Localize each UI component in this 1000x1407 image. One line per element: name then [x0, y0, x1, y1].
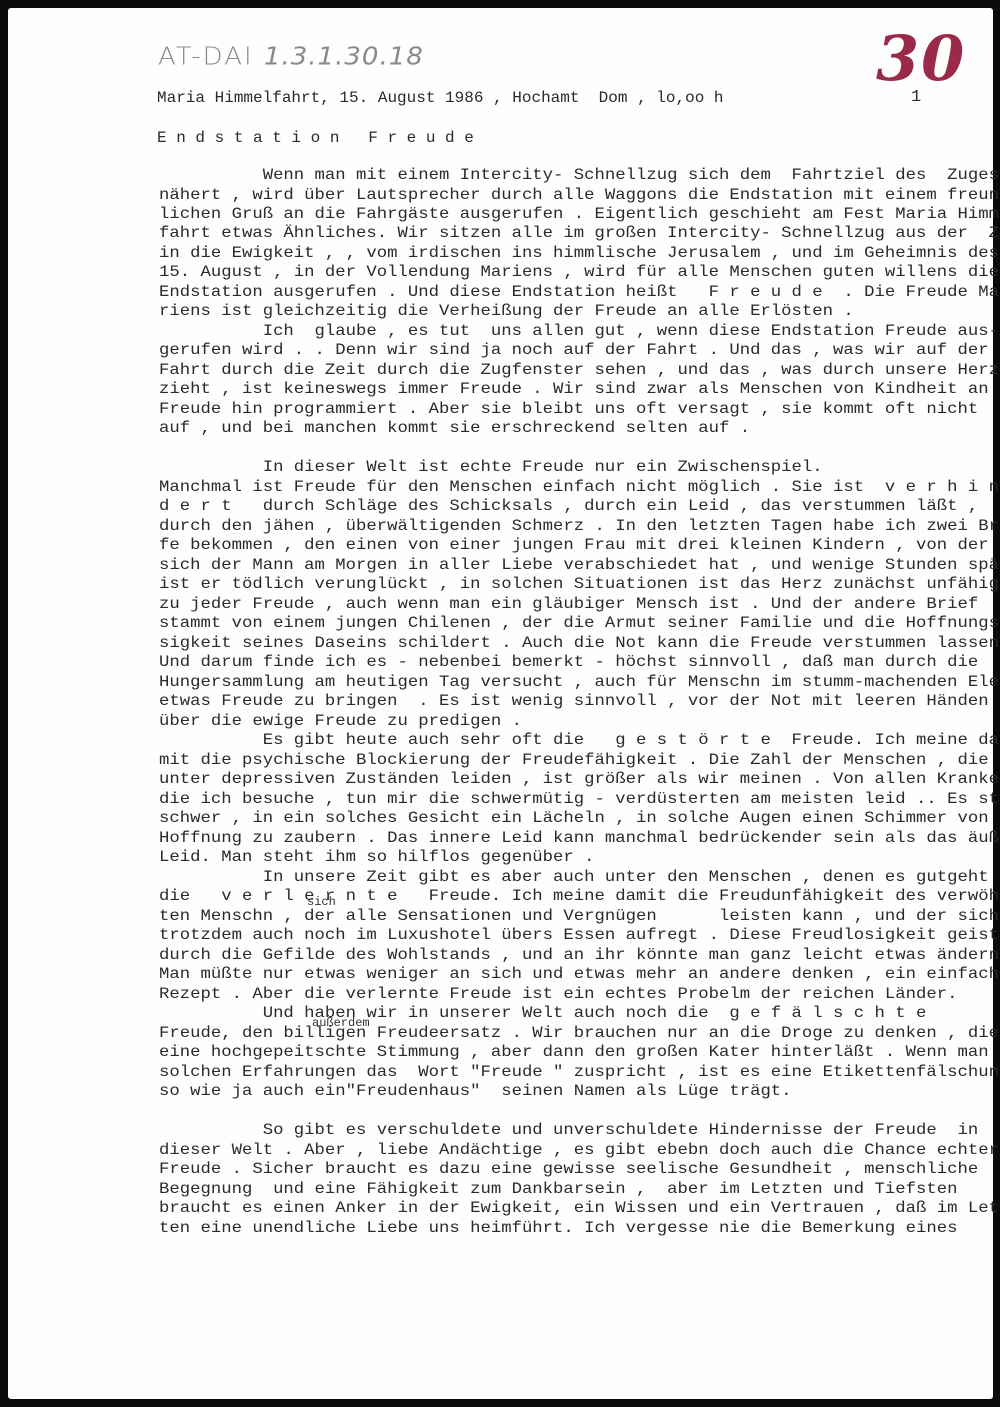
text-line: eine hochgepeitschte Stimmung , aber dan… — [159, 1043, 989, 1063]
text-line: Und haben wir in unserer Welt auch noch … — [159, 1004, 926, 1024]
text-line: sigkeit seines Daseins schildert . Auch … — [159, 634, 1000, 654]
text-line: fe bekommen , den einen von einer jungen… — [159, 536, 989, 556]
text-line: Man müßte nur etwas weniger an sich und … — [159, 965, 1000, 985]
text-line: Hoffnung zu zaubern . Das innere Leid ka… — [159, 829, 1000, 849]
text-line: Leid. Man steht ihm so hilflos gegenüber… — [159, 848, 595, 868]
text-line: Begegnung und eine Fähigkeit zum Dankbar… — [159, 1180, 957, 1200]
text-line: in die Ewigkeit , , vom irdischen ins hi… — [159, 244, 999, 264]
text-line: In dieser Welt ist echte Freude nur ein … — [159, 458, 823, 478]
text-line: sich der Mann am Morgen in aller Liebe v… — [159, 556, 1000, 576]
text-line: lichen Gruß an die Fahrgäste ausgerufen … — [159, 205, 1000, 225]
text-line: d e r t durch Schläge des Schicksals , d… — [159, 497, 978, 517]
text-line: solchen Erfahrungen das Wort "Freude " z… — [159, 1063, 1000, 1083]
text-line: zu jeder Freude , auch wenn man ein gläu… — [159, 595, 978, 615]
text-line: ist er tödlich verunglückt , in solchen … — [159, 575, 999, 595]
text-line: Wenn man mit einem Intercity- Schnellzug… — [159, 166, 999, 186]
handwritten-insertion-ausserdem: außerdem — [312, 1014, 370, 1034]
text-line: etwas Freude zu bringen . Es ist wenig s… — [159, 692, 989, 712]
text-line: Freude hin programmiert . Aber sie bleib… — [159, 400, 978, 420]
text-line: Rezept . Aber die verlernte Freude ist e… — [159, 985, 957, 1005]
text-line: durch den jähen , überwältigenden Schmer… — [159, 517, 1000, 537]
text-line: ten eine unendliche Liebe uns heimführt.… — [159, 1219, 957, 1239]
archive-signature-prefix: AT-DAI — [158, 43, 254, 72]
typed-text: Maria Himmelfahrt, 15. August 1986 , Hoc… — [0, 0, 19, 156]
text-line: braucht es einen Anker in der Ewigkeit, … — [159, 1199, 1000, 1219]
text-line: So gibt es verschuldete und unverschulde… — [159, 1121, 978, 1141]
archive-signature: AT-DAI 1.3.1.30.18 — [158, 43, 424, 72]
sermon-title: E n d s t a t i o n F r e u d e — [157, 129, 474, 149]
text-line: über die ewige Freude zu predigen . — [159, 712, 522, 732]
text-line: Hungersammlung am heutigen Tag versucht … — [159, 673, 1000, 693]
text-line: dieser Welt . Aber , liebe Andächtige , … — [159, 1141, 999, 1161]
text-line: unter depressiven Zuständen leiden , ist… — [159, 770, 1000, 790]
archive-signature-number: 1.3.1.30.18 — [264, 43, 424, 72]
heading: Maria Himmelfahrt, 15. August 1986 , Hoc… — [157, 89, 724, 109]
folio-number: 30 — [876, 22, 966, 95]
text-line: Freude, den billigen Freudeersatz . Wir … — [159, 1024, 999, 1044]
text-line: 15. August , in der Vollendung Mariens ,… — [159, 263, 999, 283]
text-line: fahrt etwas Ähnliches. Wir sitzen alle i… — [159, 224, 1000, 244]
text-line: Es gibt heute auch sehr oft die g e s t … — [159, 731, 1000, 751]
text-line: auf , und bei manchen kommt sie erschrec… — [159, 419, 750, 439]
text-line: zieht , ist keineswegs immer Freude . Wi… — [159, 380, 1000, 400]
text-line: stammt von einem jungen Chilenen , der d… — [159, 614, 1000, 634]
text-line: nähert , wird über Lautsprecher durch al… — [159, 186, 1000, 206]
text-line: Endstation ausgerufen . Und diese Endsta… — [159, 283, 1000, 303]
text-line: so wie ja auch ein"Freudenhaus" seinen N… — [159, 1082, 792, 1102]
text-line: mit die psychische Blockierung der Freud… — [159, 751, 989, 771]
text-line: Freude . Sicher braucht es dazu eine gew… — [159, 1160, 978, 1180]
text-line: Fahrt durch die Zeit durch die Zugfenste… — [159, 361, 1000, 381]
text-line: riens ist gleichzeitig die Verheißung de… — [159, 302, 854, 322]
text-line: Ich glaube , es tut uns allen gut , wenn… — [159, 322, 999, 342]
text-line: die v e r l e r n t e Freude. Ich meine … — [159, 887, 1000, 907]
text-line: trotzdem auch noch im Luxushotel übers E… — [159, 926, 1000, 946]
text-line: die ich besuche , tun mir die schwermüti… — [159, 790, 1000, 810]
handwritten-insertion-sich: sich — [307, 893, 336, 913]
text-line: Und darum finde ich es - nebenbei bemerk… — [159, 653, 978, 673]
text-line: durch die Gefilde des Wohlstands , und a… — [159, 946, 1000, 966]
text-line: ten Menschn , der alle Sensationen und V… — [159, 907, 999, 927]
text-line: In unsere Zeit gibt es aber auch unter d… — [159, 868, 1000, 888]
text-line: Manchmal ist Freude für den Menschen ein… — [159, 478, 1000, 498]
text-line: gerufen wird . . Denn wir sind ja noch a… — [159, 341, 989, 361]
text-line: schwer , in ein solches Gesicht ein Läch… — [159, 809, 989, 829]
page-number: 1 — [911, 88, 921, 108]
